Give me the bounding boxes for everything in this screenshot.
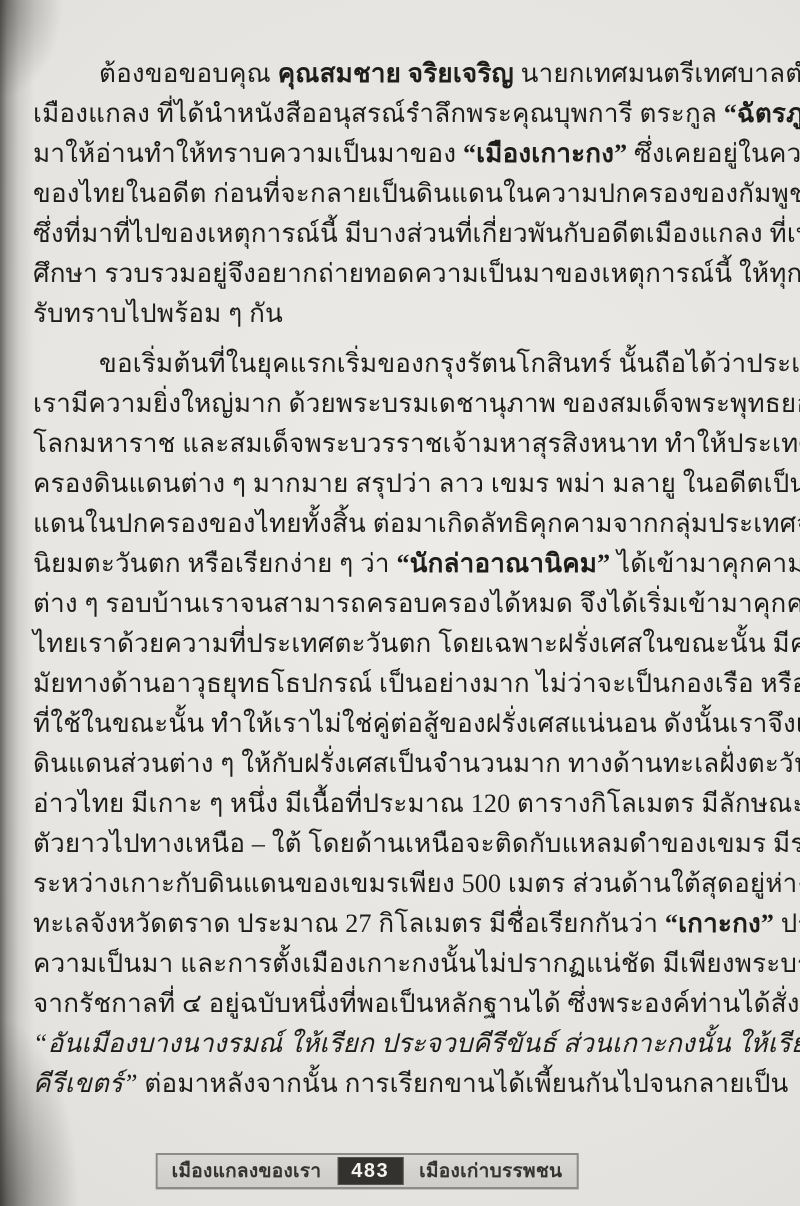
text-segment: ทะเลจังหวัดตราด ประมาณ 27 กิโลเมตร มีชื่…	[33, 909, 665, 938]
text-line: ไทยเราด้วยความที่ประเทศตะวันตก โดยเฉพาะฝ…	[33, 624, 770, 664]
scan-edge-shadow-left	[0, 0, 34, 1206]
text-segment: นิยมตะวันตก หรือเรียกง่าย ๆ ว่า	[33, 549, 396, 578]
text-line: ตัวยาวไปทางเหนือ – ใต้ โดยด้านเหนือจะติด…	[33, 824, 770, 864]
text-segment: มัยทางด้านอาวุธยุทธโธปกรณ์ เป็นอย่างมาก …	[33, 669, 800, 698]
italic-text: “อันเมืองบางนางรมณ์ ให้เรียก ประจวบคีรีข…	[33, 1029, 800, 1058]
footer-left-title: เมืองแกลงของเรา	[172, 1156, 322, 1186]
text-segment: ไทยเราด้วยความที่ประเทศตะวันตก โดยเฉพาะฝ…	[33, 629, 800, 658]
text-line: อ่าวไทย มีเกาะ ๆ หนึ่ง มีเนื้อที่ประมาณ …	[33, 784, 770, 824]
text-line: ครองดินแดนต่าง ๆ มากมาย สรุปว่า ลาว เขมร…	[33, 464, 770, 504]
bold-text: “เมืองเกาะกง”	[463, 139, 627, 168]
text-segment: ต่อมาหลังจากนั้น การเรียกขานได้เพี้ยนกัน…	[138, 1069, 789, 1098]
italic-text: คีรีเขตร์”	[33, 1069, 138, 1098]
text-segment: ระหว่างเกาะกับดินแดนของเขมรเพียง 500 เมต…	[33, 869, 800, 898]
paragraph: ขอเริ่มต้นที่ในยุคแรกเริ่มของกรุงรัตนโกส…	[33, 344, 770, 1104]
text-segment: เรามีความยิ่งใหญ่มาก ด้วยพระบรมเดชานุภาพ…	[33, 389, 800, 418]
text-line: ของไทยในอดีต ก่อนที่จะกลายเป็นดินแดนในคว…	[33, 174, 770, 214]
page-text: ต้องขอขอบคุณ คุณสมชาย จริยเจริญ นายกเทศม…	[33, 54, 770, 1104]
text-line: มัยทางด้านอาวุธยุทธโธปกรณ์ เป็นอย่างมาก …	[33, 664, 770, 704]
text-line: เมืองแกลง ที่ได้นำหนังสืออนุสรณ์รำลึกพระ…	[33, 94, 770, 134]
text-line: ซึ่งที่มาที่ไปของเหตุการณ์นี้ มีบางส่วนท…	[33, 214, 770, 254]
scanned-page: ต้องขอขอบคุณ คุณสมชาย จริยเจริญ นายกเทศม…	[0, 0, 800, 1206]
text-line: ความเป็นมา และการตั้งเมืองเกาะกงนั้นไม่ป…	[33, 944, 770, 984]
text-segment: ศึกษา รวบรวมอยู่จึงอยากถ่ายทอดความเป็นมา…	[33, 259, 800, 288]
text-line: ทะเลจังหวัดตราด ประมาณ 27 กิโลเมตร มีชื่…	[33, 904, 770, 944]
text-segment: ตัวยาวไปทางเหนือ – ใต้ โดยด้านเหนือจะติด…	[33, 829, 800, 858]
text-line: คีรีเขตร์” ต่อมาหลังจากนั้น การเรียกขานไ…	[33, 1064, 770, 1104]
page-number: 483	[337, 1157, 403, 1185]
text-segment: ได้เข้ามาคุกคามประเทศ	[610, 549, 800, 578]
bold-text: “เกาะกง”	[665, 909, 774, 938]
bold-text: คุณสมชาย จริยเจริญ	[278, 59, 514, 88]
paragraph: ต้องขอขอบคุณ คุณสมชาย จริยเจริญ นายกเทศม…	[33, 54, 770, 334]
text-segment: ซึ่งที่มาที่ไปของเหตุการณ์นี้ มีบางส่วนท…	[33, 219, 800, 248]
text-segment: โลกมหาราช และสมเด็จพระบวรราชเจ้ามหาสุรสิ…	[33, 429, 800, 458]
text-segment: มาให้อ่านทำให้ทราบความเป็นมาของ	[33, 139, 463, 168]
text-segment: จากรัชกาลที่ ๔ อยู่ฉบับหนึ่งที่พอเป็นหลั…	[33, 989, 800, 1018]
text-line: รับทราบไปพร้อม ๆ กัน	[33, 294, 770, 334]
text-segment: ต้องขอขอบคุณ	[99, 59, 278, 88]
text-line: “อันเมืองบางนางรมณ์ ให้เรียก ประจวบคีรีข…	[33, 1024, 770, 1064]
footer-right-title: เมืองเก่าบรรพชน	[419, 1156, 562, 1186]
text-segment: ความเป็นมา และการตั้งเมืองเกาะกงนั้นไม่ป…	[33, 949, 800, 978]
text-segment: ของไทยในอดีต ก่อนที่จะกลายเป็นดินแดนในคว…	[33, 179, 800, 208]
text-line: เรามีความยิ่งใหญ่มาก ด้วยพระบรมเดชานุภาพ…	[33, 384, 770, 424]
text-line: นิยมตะวันตก หรือเรียกง่าย ๆ ว่า “นักล่าอ…	[33, 544, 770, 584]
text-line: โลกมหาราช และสมเด็จพระบวรราชเจ้ามหาสุรสิ…	[33, 424, 770, 464]
text-segment: ครองดินแดนต่าง ๆ มากมาย สรุปว่า ลาว เขมร…	[33, 469, 800, 498]
text-segment: นายกเทศมนตรีเทศบาลตำบล	[514, 59, 800, 88]
text-segment: แดนในปกครองของไทยทั้งสิ้น ต่อมาเกิดลัทธิ…	[33, 509, 800, 538]
text-line: จากรัชกาลที่ ๔ อยู่ฉบับหนึ่งที่พอเป็นหลั…	[33, 984, 770, 1024]
text-segment: ต่าง ๆ รอบบ้านเราจนสามารถครอบครองได้หมด …	[33, 589, 800, 618]
text-segment: ขอเริ่มต้นที่ในยุคแรกเริ่มของกรุงรัตนโกส…	[99, 349, 800, 378]
text-segment: อ่าวไทย มีเกาะ ๆ หนึ่ง มีเนื้อที่ประมาณ …	[33, 789, 800, 818]
text-line: ที่ใช้ในขณะนั้น ทำให้เราไม่ใช่คู่ต่อสู้ข…	[33, 704, 770, 744]
text-line: แดนในปกครองของไทยทั้งสิ้น ต่อมาเกิดลัทธิ…	[33, 504, 770, 544]
text-line: มาให้อ่านทำให้ทราบความเป็นมาของ “เมืองเก…	[33, 134, 770, 174]
page-footer: เมืองแกลงของเรา 483 เมืองเก่าบรรพชน	[156, 1153, 579, 1189]
text-segment: ดินแดนส่วนต่าง ๆ ให้กับฝรั่งเศสเป็นจำนวน…	[33, 749, 800, 778]
text-segment: ซึ่งเคยอยู่ในความปกครอง	[627, 139, 800, 168]
text-segment: เมืองแกลง ที่ได้นำหนังสืออนุสรณ์รำลึกพระ…	[33, 99, 724, 128]
text-line: ต้องขอขอบคุณ คุณสมชาย จริยเจริญ นายกเทศม…	[33, 54, 770, 94]
text-line: ดินแดนส่วนต่าง ๆ ให้กับฝรั่งเศสเป็นจำนวน…	[33, 744, 770, 784]
text-line: ต่าง ๆ รอบบ้านเราจนสามารถครอบครองได้หมด …	[33, 584, 770, 624]
text-line: ศึกษา รวบรวมอยู่จึงอยากถ่ายทอดความเป็นมา…	[33, 254, 770, 294]
text-segment: ประวัติ	[774, 909, 800, 938]
text-segment: รับทราบไปพร้อม ๆ กัน	[33, 299, 283, 328]
text-line: ขอเริ่มต้นที่ในยุคแรกเริ่มของกรุงรัตนโกส…	[33, 344, 770, 384]
bold-text: “ฉัตรภูติ”	[724, 99, 800, 128]
text-line: ระหว่างเกาะกับดินแดนของเขมรเพียง 500 เมต…	[33, 864, 770, 904]
bold-text: “นักล่าอาณานิคม”	[396, 549, 610, 578]
text-segment: ที่ใช้ในขณะนั้น ทำให้เราไม่ใช่คู่ต่อสู้ข…	[33, 709, 800, 738]
